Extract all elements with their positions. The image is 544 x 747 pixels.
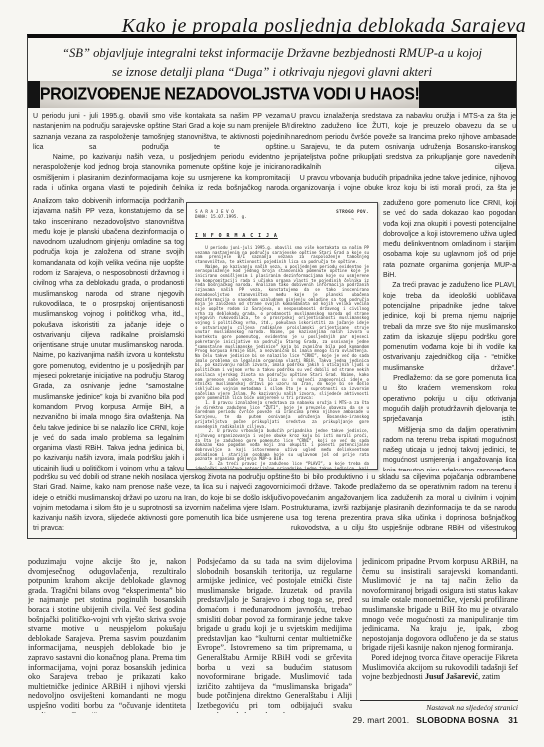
bottom-column-1: poduzimaju vojne akcije što je, nakon dv…: [28, 557, 186, 713]
column-separator-2: [356, 558, 357, 700]
bottom-column-3-text-end: , zatim: [478, 672, 500, 681]
person-name-bold: Jusuf Jašarević: [425, 672, 478, 681]
footer-date: 29. mart 2001.: [352, 715, 409, 725]
document-date: DANA: 15.07.1995. g.: [195, 215, 247, 220]
article-headline: PROIZVOĐENJE NEZADOVOLJSTVA VODI U HAOS!: [40, 84, 420, 104]
footer-magazine-name: SLOBODNA BOSNA: [416, 715, 499, 725]
page-footer: 29. mart 2001.SLOBODNA BOSNA31: [250, 715, 518, 725]
document-header: S A R A J E V O DANA: 15.07.1995. g. STR…: [195, 210, 369, 224]
bottom-column-2: Podsjećamo da su tada na svim dijelovima…: [197, 557, 352, 713]
left-column-text-narrow: Analizom tako dobivenih informacija podr…: [33, 197, 184, 471]
document-title: I N F O R M A C I J A: [195, 233, 369, 239]
left-column-text-top: U periodu juni - juli 1995.g. obavili sm…: [33, 112, 290, 196]
document-scan-image: S A R A J E V O DANA: 15.07.1995. g. STR…: [186, 202, 378, 470]
bottom-column-3: jedinicom pripadne Prvom korpusu ARBiH, …: [362, 557, 518, 695]
headline-band-center: PROIZVOĐENJE NEZADOVOLJSTVA VODI U HAOS!: [40, 81, 420, 108]
footer-page-number: 31: [508, 715, 518, 725]
bottom-column-3-text: jedinicom pripadne Prvom korpusu ARBiH, …: [362, 557, 518, 681]
document-mark: ~: [336, 218, 369, 223]
document-classification: STROGO POV.: [336, 210, 369, 215]
headline-band-right-block: [419, 81, 516, 108]
document-classification-block: STROGO POV. ~: [336, 210, 369, 224]
right-column-text-narrow: zaduženo gore pomenuto lice CRNI, koji s…: [383, 199, 516, 471]
right-column-text-top: U pravcu iznalaženja sredstava za nabavk…: [291, 112, 516, 198]
continuation-rule: [360, 700, 518, 701]
magazine-page: Kako je propala posljednja deblokada Sar…: [0, 0, 544, 747]
column-separator-1: [190, 558, 191, 710]
continuation-note: Nastavak na sljedećoj stranici: [352, 703, 518, 712]
headline-band-left-block: [28, 81, 40, 108]
right-column-text-bottom: što bi bilo produktivno i u skladu sa ci…: [291, 473, 516, 533]
article-subtitle: “SB” objavljuje integralni tekst informa…: [58, 44, 486, 82]
document-place-date: S A R A J E V O DANA: 15.07.1995. g.: [195, 210, 247, 224]
left-column-text-bottom: podršku su već dobili od strane nekih no…: [33, 473, 290, 535]
headline-band: PROIZVOĐENJE NEZADOVOLJSTVA VODI U HAOS!: [28, 81, 516, 108]
document-body-text: U periodu juni-juli 1995.g. obavili smo …: [195, 246, 369, 470]
